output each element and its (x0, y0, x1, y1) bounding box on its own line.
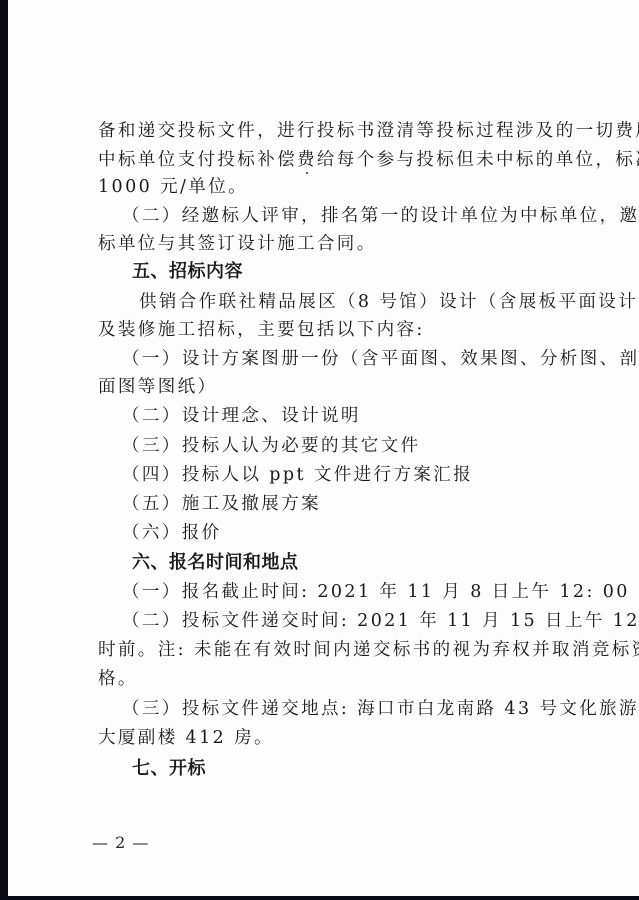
paragraph-line: 供销合作联社精品展区（8 号馆）设计（含展板平面设计） (139, 291, 639, 313)
list-item: （四）投标人以 ppt 文件进行方案汇报 (122, 464, 473, 486)
section-heading-6: 六、报名时间和地点 (132, 552, 299, 574)
paragraph-line: 1000 元/单位。 (98, 176, 248, 198)
paragraph-line: （二）经邀标人评审，排名第一的设计单位为中标单位，邀 (122, 205, 639, 227)
list-item: （二）投标文件递交时间: 2021 年 11 月 15 日上午 12: 00 (122, 610, 639, 632)
scan-border (0, 896, 639, 900)
list-item-continuation: 时前。注: 未能在有效时间内递交标书的视为弃权并取消竞标资 (98, 639, 639, 661)
list-item: （一）报名截止时间: 2021 年 11 月 8 日上午 12: 00 时前。 (122, 581, 639, 603)
paragraph-line: 标单位与其签订设计施工合同。 (98, 233, 377, 255)
list-item: （三）投标文件递交地点: 海口市白龙南路 43 号文化旅游 (122, 698, 639, 720)
list-item-continuation: 格。 (98, 668, 138, 690)
list-item: （三）投标人认为必要的其它文件 (122, 435, 421, 457)
list-item-continuation: 大厦副楼 412 房。 (98, 727, 274, 749)
list-item: （二）设计理念、设计说明 (122, 405, 361, 427)
paragraph-line: 中标单位支付投标补偿费给每个参与投标但未中标的单位，标准 (98, 149, 639, 171)
list-item: （六）报价 (122, 522, 222, 544)
paragraph-line: 及装修施工招标，主要包括以下内容: (98, 319, 425, 341)
section-heading-7: 七、开标 (132, 758, 206, 780)
section-heading-5: 五、招标内容 (132, 261, 243, 283)
list-item: （五）施工及撤展方案 (122, 493, 321, 515)
list-item-continuation: 面图等图纸） (98, 376, 217, 398)
scan-artifact-dot (306, 172, 308, 174)
paragraph-line: 备和递交投标文件，进行投标书澄清等投标过程涉及的一切费用。 (98, 120, 639, 142)
list-item: （一）设计方案图册一份（含平面图、效果图、分析图、剖 (122, 348, 639, 370)
page-number: — 2 — (92, 833, 149, 852)
document-page: 备和递交投标文件，进行投标书澄清等投标过程涉及的一切费用。 中标单位支付投标补偿… (8, 0, 639, 896)
